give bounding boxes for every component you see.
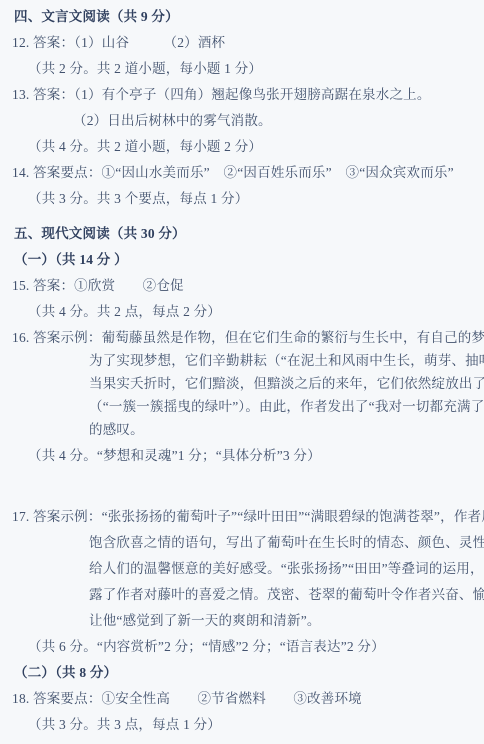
q17-answer-line-1: 17. 答案示例：“张张扬扬的葡萄叶子”“绿叶田田”“满眼碧绿的饱满苍翠”，作者…	[12, 509, 474, 524]
q17-answer-text-1: “张张扬扬的葡萄叶子”“绿叶田田”“满眼碧绿的饱满苍翠”，作者用	[102, 509, 484, 524]
q13-answer-line-1: 13. 答案：（1）有个亭子（四角）翘起像鸟张开翅膀高踞在泉水之上。	[12, 87, 474, 102]
q14-score-line: （共 3 分。共 3 个要点，每点 1 分）	[12, 191, 474, 206]
q16-answer-line-3: 当果实夭折时，它们黯淡，但黯淡之后的来年，它们依然绽放出了盎然生机	[12, 376, 474, 391]
section-5-part-2-heading: （二）（共 8 分）	[12, 665, 474, 680]
q18-answer-line: 18. 答案要点：①安全性高 ②节省燃料 ③改善环境	[12, 691, 474, 706]
q12-score-line: （共 2 分。共 2 道小题，每小题 1 分）	[12, 61, 474, 76]
q17-score-line: （共 6 分。“内容赏析”2 分；“情感”2 分；“语言表达”2 分）	[12, 639, 474, 654]
q17-number-label: 17. 答案示例：	[12, 509, 102, 524]
q16-answer-line-2: 为了实现梦想，它们辛勤耕耘（“在泥土和风雨中生长，萌芽、抽叶、开花”）；	[12, 353, 474, 368]
q16-answer-line-4: （“一簇一簇摇曳的绿叶”）。由此，作者发出了“我对一切都充满了敬意”	[12, 399, 474, 414]
q17-answer-line-2: 饱含欣喜之情的语句，写出了葡萄叶在生长时的情态、颜色、灵性以及带	[12, 535, 474, 550]
q16-number-label: 16. 答案示例：	[12, 330, 102, 345]
q16-answer-text-1: 葡萄藤虽然是作物，但在它们生命的繁衍与生长中，有自己的梦想和灵魂。	[102, 330, 484, 345]
q16-score-line: （共 4 分。“梦想和灵魂”1 分；“具体分析”3 分）	[12, 448, 474, 463]
q16-answer-line-5: 的感叹。	[12, 422, 474, 437]
q13-score-line: （共 4 分。共 2 道小题，每小题 2 分）	[12, 139, 474, 154]
q17-answer-line-5: 让他“感觉到了新一天的爽朗和清新”。	[12, 613, 474, 628]
section-5-heading: 五、现代文阅读（共 30 分）	[12, 226, 474, 241]
q17-answer-line-3: 给人们的温馨惬意的美好感受。“张张扬扬”“田田”等叠词的运用，显	[12, 561, 474, 576]
section-4-heading: 四、文言文阅读（共 9 分）	[12, 9, 474, 24]
q17-answer-line-4: 露了作者对藤叶的喜爱之情。茂密、苍翠的葡萄叶令作者兴奋、愉悦，并	[12, 587, 474, 602]
q13-answer-line-2: （2）日出后树林中的雾气消散。	[12, 113, 474, 128]
q12-answer-line: 12. 答案：（1）山谷 （2）酒杯	[12, 35, 474, 50]
q15-answer-line: 15. 答案：①欣赏 ②仓促	[12, 278, 474, 293]
exam-answer-key-page: 四、文言文阅读（共 9 分） 12. 答案：（1）山谷 （2）酒杯 （共 2 分…	[0, 0, 484, 744]
q16-answer-line-1: 16. 答案示例：葡萄藤虽然是作物，但在它们生命的繁衍与生长中，有自己的梦想和灵…	[12, 330, 474, 345]
q15-score-line: （共 4 分。共 2 点，每点 2 分）	[12, 304, 474, 319]
section-5-part-1-heading: （一）（共 14 分 ）	[12, 252, 474, 267]
q18-score-line: （共 3 分。共 3 点，每点 1 分）	[12, 717, 474, 732]
q14-answer-line: 14. 答案要点：①“因山水美而乐” ②“因百姓乐而乐” ③“因众宾欢而乐”	[12, 165, 474, 180]
